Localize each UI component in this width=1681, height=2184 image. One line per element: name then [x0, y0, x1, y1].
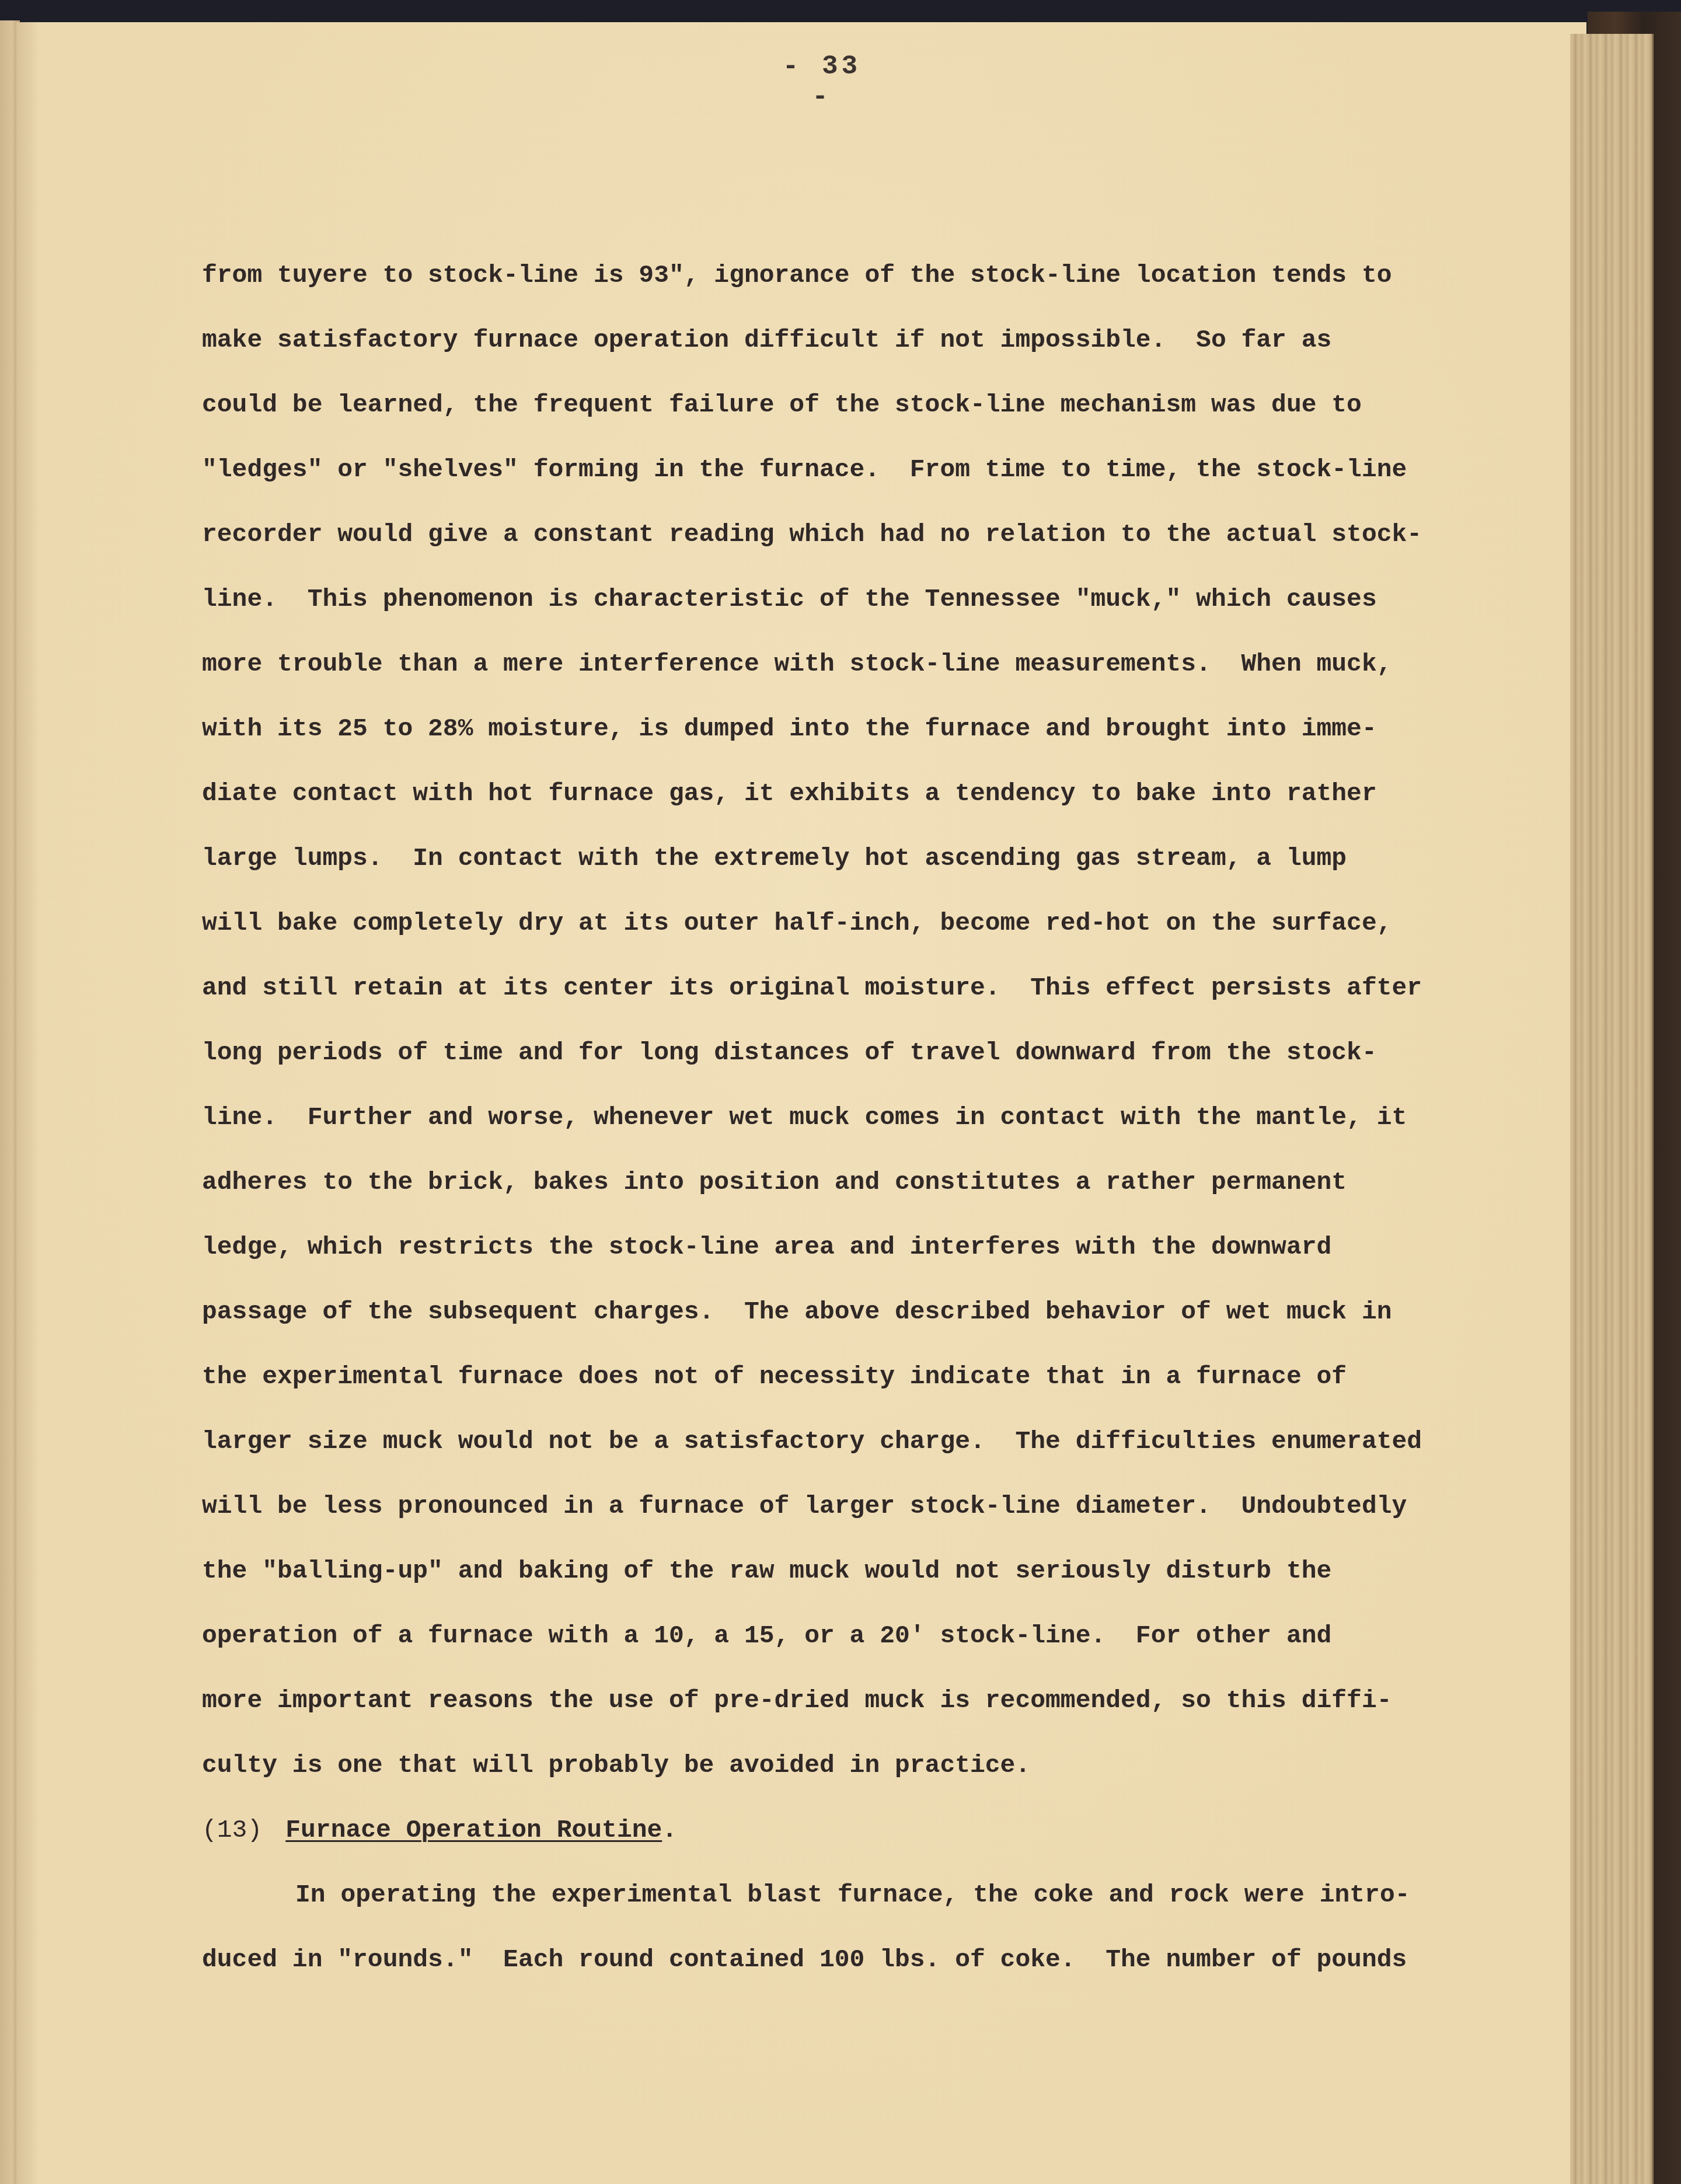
text-line: from tuyere to stock-line is 93", ignora… [202, 243, 1562, 308]
text-line: long periods of time and for long distan… [202, 1020, 1562, 1085]
text-line: make satisfactory furnace operation diff… [202, 308, 1562, 372]
text-line: more important reasons the use of pre-dr… [202, 1668, 1562, 1733]
text-line: culty is one that will probably be avoid… [202, 1733, 1562, 1798]
text-line: operation of a furnace with a 10, a 15, … [202, 1603, 1562, 1668]
text-line: diate contact with hot furnace gas, it e… [202, 761, 1562, 826]
text-line: passage of the subsequent charges. The a… [202, 1279, 1562, 1344]
section-heading: (13)Furnace Operation Routine. [202, 1798, 1562, 1862]
book-cover-cloth [0, 0, 1681, 23]
text-line: "ledges" or "shelves" forming in the fur… [202, 437, 1562, 502]
text-line: duced in "rounds." Each round contained … [202, 1927, 1562, 1992]
text-line: adheres to the brick, bakes into positio… [202, 1150, 1562, 1215]
page-number: - 33 - [763, 51, 880, 112]
text-line: more trouble than a mere interference wi… [202, 632, 1562, 696]
text-line: line. This phenomenon is characteristic … [202, 567, 1562, 632]
text-line: larger size muck would not be a satisfac… [202, 1409, 1562, 1474]
section-number: (13) [202, 1816, 262, 1844]
page-body: from tuyere to stock-line is 93", ignora… [202, 243, 1562, 1992]
text-line: In operating the experimental blast furn… [202, 1862, 1562, 1927]
document-page: - 33 - from tuyere to stock-line is 93",… [16, 22, 1586, 2184]
section-title: Furnace Operation Routine [285, 1816, 662, 1844]
section-title-period: . [662, 1816, 677, 1844]
text-line: will bake completely dry at its outer ha… [202, 891, 1562, 955]
text-line: recorder would give a constant reading w… [202, 502, 1562, 567]
text-line: with its 25 to 28% moisture, is dumped i… [202, 696, 1562, 761]
text-line: could be learned, the frequent failure o… [202, 372, 1562, 437]
text-line: large lumps. In contact with the extreme… [202, 826, 1562, 891]
text-line: ledge, which restricts the stock-line ar… [202, 1215, 1562, 1279]
book-page-edges [1570, 34, 1654, 2184]
text-line: the "balling-up" and baking of the raw m… [202, 1538, 1562, 1603]
text-line: and still retain at its center its origi… [202, 955, 1562, 1020]
text-line: the experimental furnace does not of nec… [202, 1344, 1562, 1409]
text-line: line. Further and worse, whenever wet mu… [202, 1085, 1562, 1150]
text-line: will be less pronounced in a furnace of … [202, 1474, 1562, 1538]
